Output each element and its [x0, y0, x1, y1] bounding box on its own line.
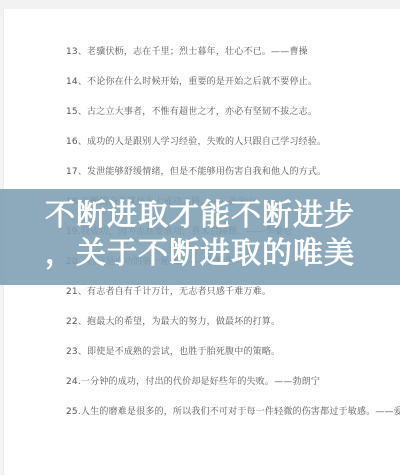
quote-item-23: 23、即使是不成熟的尝试，也胜于胎死腹中的策略。 [66, 346, 280, 358]
quote-item-24: 24.一分钟的成功，付出的代价却是好些年的失败。——勃朗宁 [66, 376, 320, 388]
quote-item-15: 15、古之立大事者，不惟有超世之才，亦必有坚韧不拔之志。 [66, 106, 317, 118]
quote-item-25: 25.人生的磨难是很多的，所以我们不可对于每一件轻微的伤害都过于敏感。——爱尔兰 [66, 406, 400, 418]
banner-title-line-1: 不断进取才能不断进步 [0, 198, 400, 234]
banner-title-line-2: ，关于不断进取的唯美 [0, 236, 400, 272]
quote-item-21: 21、有志者自有千计万计，无志者只感千难万难。 [66, 286, 271, 298]
quote-item-13: 13、老骥伏枥，志在千里；烈士暮年，壮心不已。——曹操 [66, 46, 308, 58]
quote-item-16: 16、成功的人是跟别人学习经验，失败的人只跟自己学习经验。 [66, 136, 326, 148]
quote-item-14: 14、不论你在什么时候开始，重要的是开始之后就不要停止。 [66, 76, 317, 88]
top-band [0, 0, 400, 9]
quote-item-22: 22、抱最大的希望，为最大的努力，做最坏的打算。 [66, 316, 280, 328]
quote-item-17: 17、发泄能够舒缓情绪，但是不能够用伤害自我和他人的方式。 [66, 166, 326, 178]
